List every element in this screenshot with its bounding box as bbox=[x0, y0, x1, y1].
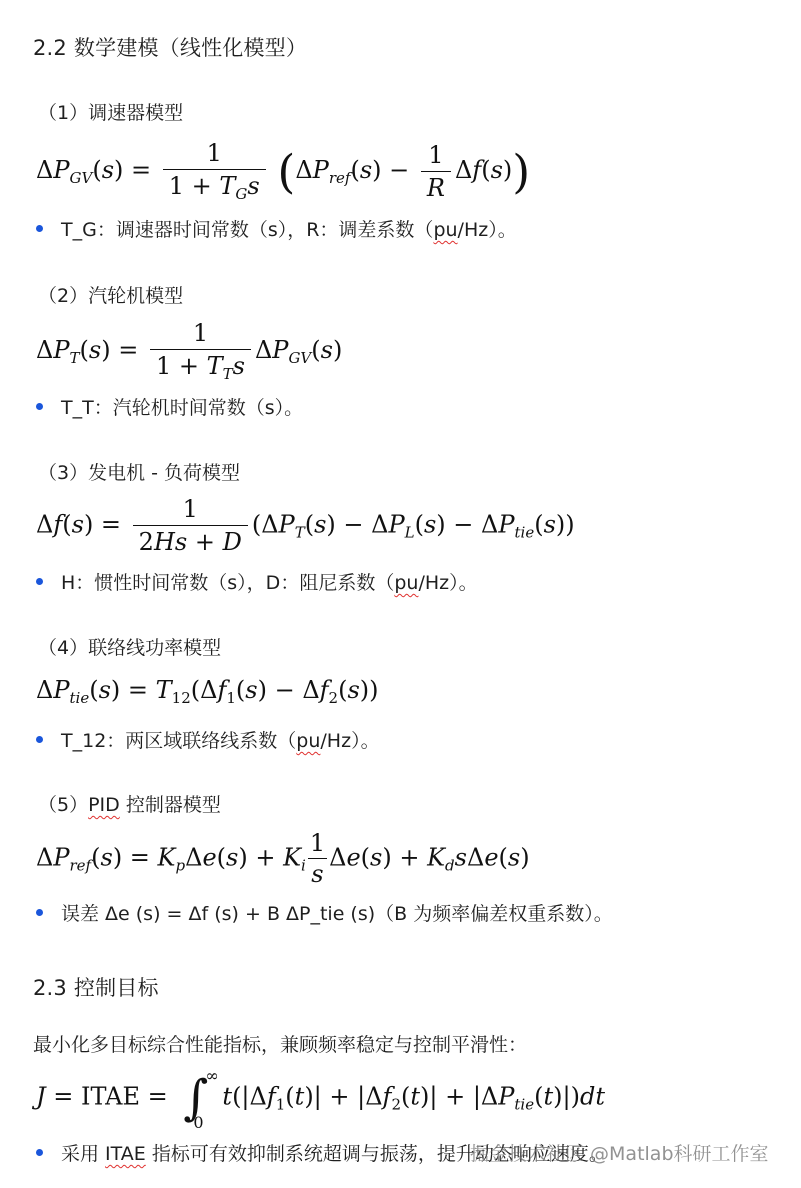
bullet-dot-icon bbox=[36, 909, 43, 916]
bullet-pid-error: 误差 Δe (s) = Δf (s) + B ΔP_tie (s)（B 为频率偏… bbox=[36, 899, 613, 926]
bullet-governor-params: T_G：调速器时间常数（s），R：调差系数（pu/Hz）。 bbox=[36, 215, 517, 242]
subsection-heading-governor: （1）调速器模型 bbox=[38, 98, 183, 125]
document: 2.2 数学建模（线性化模型） （1）调速器模型 ΔPGV(s) = 11 + … bbox=[0, 0, 801, 1188]
equation-generator-load: Δf(s) = 12Hs + D(ΔPT(s) − ΔPL(s) − ΔPtie… bbox=[36, 496, 575, 556]
bullet-dot-icon bbox=[36, 578, 43, 585]
equation-governor: ΔPGV(s) = 11 + TGs (ΔPref(s) − 1RΔf(s)) bbox=[36, 140, 530, 203]
objective-intro: 最小化多目标综合性能指标，兼顾频率稳定与控制平滑性： bbox=[33, 1030, 527, 1057]
subsection-heading-tie-line: （4）联络线功率模型 bbox=[38, 633, 221, 660]
spellcheck-flag: pu bbox=[394, 572, 418, 594]
watermark: 掘金技术社区 @Matlab科研工作室 bbox=[470, 1139, 769, 1166]
subsection-heading-pid: （5）PID 控制器模型 bbox=[38, 790, 221, 817]
bullet-dot-icon bbox=[36, 225, 43, 232]
bullet-generator-params: H：惯性时间常数（s），D：阻尼系数（pu/Hz）。 bbox=[36, 568, 478, 595]
bullet-dot-icon bbox=[36, 1149, 43, 1156]
bullet-dot-icon bbox=[36, 736, 43, 743]
section-title-2-2: 2.2 数学建模（线性化模型） bbox=[33, 32, 307, 62]
equation-turbine: ΔPT(s) = 11 + TTsΔPGV(s) bbox=[36, 320, 342, 383]
section-title-2-3: 2.3 控制目标 bbox=[33, 972, 159, 1002]
spellcheck-flag: PID bbox=[88, 794, 120, 816]
bullet-dot-icon bbox=[36, 403, 43, 410]
equation-pid: ΔPref(s) = KpΔe(s) + Ki1sΔe(s) + KdsΔe(s… bbox=[36, 830, 530, 888]
equation-tie-line: ΔPtie(s) = T12(Δf1(s) − Δf2(s)) bbox=[36, 676, 379, 707]
spellcheck-flag: ITAE bbox=[105, 1143, 146, 1165]
bullet-turbine-params: T_T：汽轮机时间常数（s）。 bbox=[36, 393, 303, 420]
subsection-heading-generator-load: （3）发电机 - 负荷模型 bbox=[38, 458, 240, 485]
spellcheck-flag: pu bbox=[296, 730, 320, 752]
spellcheck-flag: pu bbox=[433, 219, 457, 241]
subsection-heading-turbine: （2）汽轮机模型 bbox=[38, 281, 183, 308]
equation-itae: J = ITAE = ∫∞0t(|Δf1(t)| + |Δf2(t)| + |Δ… bbox=[36, 1070, 605, 1126]
bullet-tie-line-params: T_12：两区域联络线系数（pu/Hz）。 bbox=[36, 726, 380, 753]
